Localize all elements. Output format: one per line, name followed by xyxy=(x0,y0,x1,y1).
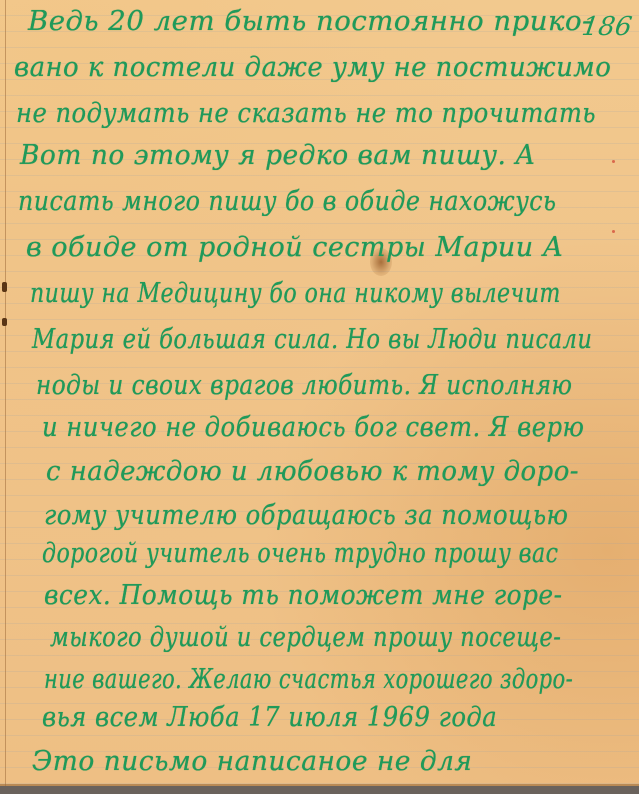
letter-line: Мария ей большая сила. Но вы Люди писали xyxy=(32,324,592,355)
staple-mark-top xyxy=(2,282,7,292)
letter-line: всех. Помощь ть поможет мне горе- xyxy=(44,580,562,611)
notebook-page: 186 Ведь 20 лет быть постоянно прико- ва… xyxy=(0,0,639,786)
red-dot-mark xyxy=(612,160,615,163)
staple-mark-bottom xyxy=(2,318,7,326)
letter-line: вано к постели даже уму не постижимо xyxy=(14,52,611,83)
letter-line: гому учителю обращаюсь за помощью xyxy=(44,500,568,531)
letter-signature-line: вья всем Люба 17 июля 1969 года xyxy=(42,702,497,733)
letter-line: с надеждою и любовью к тому доро- xyxy=(46,456,579,487)
letter-line: ноды и своих врагов любить. Я исполняю xyxy=(36,370,572,401)
letter-line: Вот по этому я редко вам пишу. А xyxy=(20,140,536,171)
letter-line: в обиде от родной сестры Марии А xyxy=(26,232,564,263)
page-margin-edge xyxy=(5,0,6,786)
letter-line: пишу на Медицину бо она никому вылечит xyxy=(30,278,561,309)
letter-line: писать много пишу бо в обиде нахожусь xyxy=(18,186,556,217)
scan-background-edge xyxy=(0,786,639,794)
letter-line: Это письмо написаное не для xyxy=(32,746,472,777)
letter-line: ние вашего. Желаю счастья хорошего здоро… xyxy=(44,664,573,695)
letter-line: и ничего не добиваюсь бог свет. Я верю xyxy=(42,412,584,443)
letter-line: мыкого душой и сердцем прошу посеще- xyxy=(50,622,561,653)
letter-line: Ведь 20 лет быть постоянно прико- xyxy=(28,6,592,37)
letter-line: дорогой учитель очень трудно прошу вас xyxy=(42,538,558,569)
letter-line: не подумать не сказать не то прочитать xyxy=(16,98,596,129)
red-dot-mark xyxy=(612,230,615,233)
